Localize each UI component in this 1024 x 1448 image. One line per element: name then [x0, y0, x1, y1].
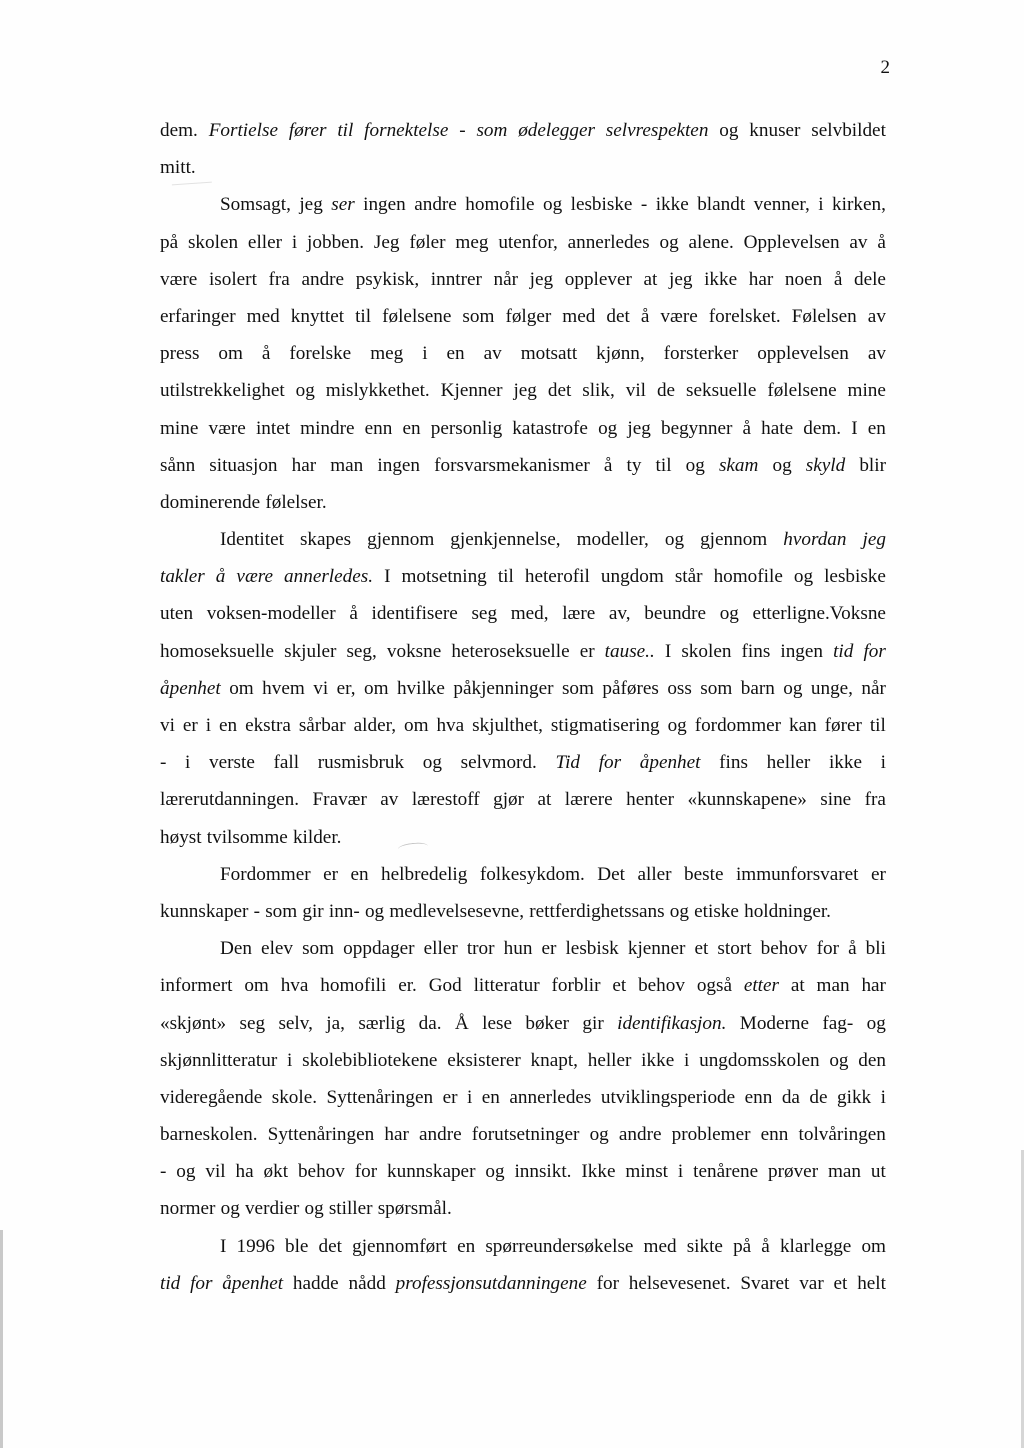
- word: vil: [626, 378, 646, 404]
- word: og: [296, 378, 315, 404]
- word: i: [422, 341, 427, 367]
- word: i: [881, 750, 886, 776]
- word: og: [659, 230, 678, 256]
- text-line: «skjønt»segselv,ja,særligda.Ålesebøkergi…: [160, 1011, 886, 1048]
- word: med: [644, 1234, 677, 1260]
- italic-word: selvrespekten: [606, 118, 709, 144]
- word: fins: [742, 639, 771, 665]
- word: er: [323, 862, 338, 888]
- italic-word: være: [236, 564, 273, 590]
- text-line: kunnskaper-somgirinn-ogmedlevelsesevne,r…: [160, 899, 886, 936]
- word: og: [423, 750, 442, 776]
- word: Fravær: [313, 787, 367, 813]
- word: jobben.: [307, 230, 364, 256]
- word: gjenkjennelse,: [450, 527, 560, 553]
- word: en: [219, 713, 237, 739]
- text-line: informertomhvahomofilier.Godlitteraturfo…: [160, 973, 886, 1010]
- word: «kunnskapene»: [687, 787, 806, 813]
- word: og: [794, 564, 813, 590]
- word: rettferdighetssans: [529, 899, 664, 925]
- word: ingen: [377, 453, 420, 479]
- word: stigmatisering: [551, 713, 660, 739]
- word: jeg: [669, 267, 692, 293]
- word: ekstra: [245, 713, 291, 739]
- word: dem.: [803, 416, 841, 442]
- word: slik,: [582, 378, 615, 404]
- word: ble: [285, 1234, 308, 1260]
- word: sikte: [687, 1234, 723, 1260]
- word: mine: [848, 378, 886, 404]
- word: å: [349, 601, 358, 627]
- text-line: mineværeintetmindreennenpersonligkatastr…: [160, 416, 886, 453]
- word: om: [229, 676, 254, 702]
- text-line: sånnsituasjonharmaningenforsvarsmekanism…: [160, 453, 886, 490]
- word: med,: [511, 601, 549, 627]
- word: behov: [298, 1159, 345, 1185]
- word: og: [670, 899, 689, 925]
- word: en: [482, 1085, 500, 1111]
- word: er: [443, 1085, 458, 1111]
- word: gjennomført: [352, 1234, 447, 1260]
- italic-word: Tid: [555, 750, 580, 776]
- word: av: [868, 304, 886, 330]
- italic-word: etter: [744, 973, 779, 999]
- word: for: [355, 1159, 377, 1185]
- word: andre: [414, 192, 457, 218]
- word: heteroseksuelle: [451, 639, 569, 665]
- word: og: [668, 713, 687, 739]
- word: etiske: [694, 899, 739, 925]
- word: ingen: [780, 639, 823, 665]
- word: voksen-modeller: [207, 601, 336, 627]
- document-body: dem.Fortielseførertilfornektelse-somødel…: [160, 118, 886, 1308]
- word: i: [818, 192, 823, 218]
- word: som: [265, 899, 297, 925]
- word: eller: [248, 230, 282, 256]
- word: ha: [236, 1159, 254, 1185]
- word: heller: [588, 1048, 632, 1074]
- italic-word: til: [337, 118, 353, 144]
- word: ikke: [829, 750, 862, 776]
- word: påføres: [602, 676, 658, 702]
- word: Identitet: [220, 527, 284, 553]
- word: er.: [398, 973, 417, 999]
- word: seksuelle: [686, 378, 756, 404]
- word: tvilsomme: [207, 825, 288, 851]
- word: skolen: [681, 639, 731, 665]
- word: beste: [684, 862, 723, 888]
- word: Fordommer: [220, 862, 311, 888]
- word: voksne: [387, 639, 441, 665]
- word: å: [604, 453, 613, 479]
- word: vi: [313, 676, 328, 702]
- word: har: [749, 267, 774, 293]
- text-line: utenvoksen-modelleråidentifiseresegmed,l…: [160, 601, 886, 638]
- word: knapt,: [531, 1048, 578, 1074]
- word: de: [809, 1085, 827, 1111]
- word: motsetning: [402, 564, 487, 590]
- word: å: [877, 230, 886, 256]
- word: tror: [467, 936, 495, 962]
- word: jeg: [627, 416, 650, 442]
- word: og: [719, 118, 738, 144]
- word: det: [319, 1234, 342, 1260]
- word: isolert: [209, 267, 257, 293]
- word: blandt: [697, 192, 745, 218]
- word: Opplevelsen: [744, 230, 840, 256]
- word: om: [404, 713, 429, 739]
- word: homofile: [465, 192, 534, 218]
- word: en: [457, 1234, 475, 1260]
- word: mitt.: [160, 155, 196, 181]
- word: meg: [455, 230, 488, 256]
- word: situasjon: [209, 453, 277, 479]
- word: har: [861, 973, 886, 999]
- word: utviklingsperiode: [601, 1085, 735, 1111]
- word: om: [218, 341, 243, 367]
- italic-word: annerledes.: [284, 564, 373, 590]
- word: ingen: [363, 192, 406, 218]
- text-line: lærerutdanningen.Fraværavlærestoffgjørat…: [160, 787, 886, 824]
- italic-word: skyld: [806, 453, 845, 479]
- italic-word: for: [599, 750, 621, 776]
- word: elev: [261, 936, 293, 962]
- word: fag-: [822, 1011, 853, 1037]
- word: annerledes: [509, 1085, 591, 1111]
- word: homoseksuelle: [160, 639, 274, 665]
- word: ty: [626, 453, 641, 479]
- word: skole.: [272, 1085, 317, 1111]
- word: inn-: [329, 899, 360, 925]
- word: press: [160, 341, 199, 367]
- text-line: dem.Fortielseførertilfornektelse-somødel…: [160, 118, 886, 155]
- word: av: [484, 341, 502, 367]
- word: kan: [789, 713, 817, 739]
- word: i: [185, 750, 190, 776]
- word: i: [467, 1085, 472, 1111]
- word: andre: [419, 1122, 462, 1148]
- word: forutsetninger: [472, 1122, 580, 1148]
- word: normer: [160, 1196, 215, 1222]
- word: som: [700, 676, 732, 702]
- scan-edge-left: [0, 1230, 3, 1448]
- italic-word: skam: [719, 453, 758, 479]
- word: mindre: [300, 416, 354, 442]
- word: oss: [667, 676, 692, 702]
- word: unge,: [811, 676, 853, 702]
- word: i: [881, 1085, 886, 1111]
- word: som: [302, 936, 334, 962]
- word: -: [160, 750, 166, 776]
- word: er: [541, 936, 556, 962]
- word: og: [221, 1196, 240, 1222]
- word: seg: [471, 601, 497, 627]
- italic-word: åpenhet: [640, 750, 701, 776]
- word: fra: [269, 267, 290, 293]
- word: som: [462, 304, 494, 330]
- word: litteratur: [474, 973, 540, 999]
- word: skapes: [300, 527, 351, 553]
- text-line: Identitetskapesgjennomgjenkjennelse,mode…: [160, 527, 886, 564]
- word: kunnskaper: [160, 899, 248, 925]
- word: å: [641, 304, 650, 330]
- word: skolebibliotekene: [302, 1048, 437, 1074]
- word: dele: [854, 267, 886, 293]
- word: Somsagt,: [220, 192, 291, 218]
- word: Ikke: [581, 1159, 615, 1185]
- word: har: [292, 453, 317, 479]
- word: sånn: [160, 453, 195, 479]
- text-line: mitt.: [160, 155, 886, 192]
- word: følger: [505, 304, 551, 330]
- text-line: høysttvilsommekilder.: [160, 825, 886, 862]
- word: modeller,: [577, 527, 649, 553]
- text-line: dominerendefølelser.: [160, 490, 886, 527]
- word: skjønnlitteratur: [160, 1048, 277, 1074]
- italic-word: fører: [289, 118, 327, 144]
- word: kirken,: [832, 192, 886, 218]
- word: at: [537, 787, 551, 813]
- italic-word: for: [863, 639, 885, 665]
- word: Kjenner: [441, 378, 503, 404]
- word: på: [160, 230, 178, 256]
- word: påkjenninger: [453, 676, 553, 702]
- word: opplever: [565, 267, 632, 293]
- word: I: [851, 416, 857, 442]
- word: -: [641, 192, 647, 218]
- word: lesbiske: [571, 192, 633, 218]
- word: man: [817, 973, 850, 999]
- word: forelske: [289, 341, 351, 367]
- word: forsterker: [664, 341, 739, 367]
- word: mislykkethet.: [326, 378, 430, 404]
- word: hvem: [262, 676, 305, 702]
- word: hadde: [293, 1271, 339, 1297]
- word: andre: [301, 267, 344, 293]
- word: et: [834, 1271, 848, 1297]
- text-line: -ogvilhaøktbehovforkunnskaperoginnsikt.I…: [160, 1159, 886, 1196]
- word: tenårene: [693, 1159, 758, 1185]
- italic-word: tause..: [605, 639, 655, 665]
- word: etterligne.Voksne: [753, 601, 886, 627]
- italic-word: jeg: [863, 527, 886, 553]
- word: dominerende: [160, 490, 260, 516]
- word: var: [799, 1271, 824, 1297]
- word: psykisk,: [356, 267, 419, 293]
- word: lærerutdanningen.: [160, 787, 299, 813]
- word: Den: [220, 936, 252, 962]
- word: fordommer: [695, 713, 781, 739]
- word: en: [868, 416, 886, 442]
- word: spørsmål.: [378, 1196, 452, 1222]
- word: står: [675, 564, 703, 590]
- word: kjenner: [628, 936, 686, 962]
- word: alene.: [689, 230, 734, 256]
- word: personlig: [431, 416, 502, 442]
- word: medlevelsesevne,: [389, 899, 524, 925]
- text-line: Somsagt,jegseringenandrehomofileoglesbis…: [160, 192, 886, 229]
- word: ut: [871, 1159, 886, 1185]
- word: helbredelig: [381, 862, 467, 888]
- word: gir: [582, 1011, 603, 1037]
- word: vi: [160, 713, 175, 739]
- word: selvbildet: [811, 118, 886, 144]
- scanned-document-page: 2 dem.Fortielseførertilfornektelse-somød…: [0, 0, 1024, 1448]
- italic-word: tid: [833, 639, 853, 665]
- word: med: [562, 304, 595, 330]
- word: beundre: [644, 601, 706, 627]
- word: minst: [625, 1159, 668, 1185]
- word: jeg: [530, 267, 553, 293]
- word: en: [403, 416, 421, 442]
- word: og: [665, 527, 684, 553]
- word: og: [365, 899, 384, 925]
- word: dem.: [160, 118, 198, 144]
- italic-word: hvordan: [783, 527, 846, 553]
- word: identifisere: [372, 601, 458, 627]
- text-line: Fordommererenhelbredeligfolkesykdom.Deta…: [160, 862, 886, 899]
- word: katastrofe: [512, 416, 588, 442]
- word: også: [697, 973, 732, 999]
- word: og: [783, 676, 802, 702]
- word: stiller: [329, 1196, 373, 1222]
- word: knyttet: [291, 304, 344, 330]
- word: og: [772, 453, 791, 479]
- word: kjønn,: [596, 341, 645, 367]
- word: intet: [256, 416, 290, 442]
- word: Å: [455, 1011, 469, 1037]
- word: da: [782, 1085, 800, 1111]
- word: stort: [717, 936, 751, 962]
- word: seg: [239, 1011, 265, 1037]
- text-line: tidforåpenhethaddenåddprofessjonsutdanni…: [160, 1271, 886, 1308]
- word: om: [364, 676, 389, 702]
- word: skjulthet,: [472, 713, 543, 739]
- word: av: [380, 787, 398, 813]
- word: forblir: [551, 973, 600, 999]
- word: jeg: [299, 192, 322, 218]
- word: motsatt: [521, 341, 578, 367]
- word: være: [209, 416, 246, 442]
- italic-word: som: [476, 118, 507, 144]
- word: i: [292, 230, 297, 256]
- word: I: [384, 564, 390, 590]
- word: barneskolen.: [160, 1122, 258, 1148]
- word: at: [644, 267, 658, 293]
- word: God: [429, 973, 462, 999]
- word: å: [262, 341, 271, 367]
- word: I: [220, 1234, 226, 1260]
- word: skolen: [188, 230, 238, 256]
- word: i: [684, 1048, 689, 1074]
- word: Følelsen: [792, 304, 857, 330]
- word: da.: [419, 1011, 442, 1037]
- word: jeg: [513, 378, 536, 404]
- word: vil: [205, 1159, 225, 1185]
- word: selv,: [278, 1011, 312, 1037]
- word: I: [665, 639, 671, 665]
- word: ikke: [704, 267, 737, 293]
- word: selvmord.: [461, 750, 537, 776]
- word: bli: [866, 936, 886, 962]
- text-line: -iverstefallrusmisbrukogselvmord.Tidforå…: [160, 750, 886, 787]
- word: Syttenåringen: [327, 1085, 434, 1111]
- word: Svaret: [740, 1271, 789, 1297]
- text-line: homoseksuelleskjulerseg,voksneheteroseks…: [160, 639, 886, 676]
- word: erfaringer: [160, 304, 236, 330]
- italic-word: åpenhet: [222, 1271, 283, 1297]
- word: rusmisbruk: [318, 750, 404, 776]
- word: -: [160, 1159, 166, 1185]
- word: eller: [424, 936, 458, 962]
- word: noen: [785, 267, 822, 293]
- word: knuser: [749, 118, 800, 144]
- word: er: [580, 639, 595, 665]
- word: mine: [160, 416, 198, 442]
- italic-word: Fortielse: [209, 118, 278, 144]
- word: immunforsvaret: [736, 862, 859, 888]
- word: opplevelsen: [757, 341, 849, 367]
- word: for: [597, 1271, 619, 1297]
- word: ungdom: [601, 564, 664, 590]
- word: og: [829, 1048, 848, 1074]
- word: gikk: [837, 1085, 871, 1111]
- word: meg: [370, 341, 403, 367]
- text-line: erfaringermedknyttettilfølelsenesomfølge…: [160, 304, 886, 341]
- word: skjuler: [284, 639, 336, 665]
- word: Jeg: [374, 230, 400, 256]
- word: sine: [820, 787, 851, 813]
- word: være: [660, 304, 697, 330]
- word: verste: [209, 750, 255, 776]
- word: fall: [274, 750, 300, 776]
- word: spørreundersøkelse: [485, 1234, 633, 1260]
- word: begynner: [661, 416, 732, 442]
- word: gir: [302, 899, 323, 925]
- word: homofili: [320, 973, 386, 999]
- text-line: åpenhetomhvemvier,omhvilkepåkjenningerso…: [160, 676, 886, 713]
- word: en: [350, 862, 368, 888]
- word: de: [657, 378, 675, 404]
- word: enn: [761, 1122, 789, 1148]
- word: blir: [859, 453, 886, 479]
- text-line: takleråværeannerledes.Imotsetningtilhete…: [160, 564, 886, 601]
- word: det: [548, 378, 571, 404]
- word: uten: [160, 601, 193, 627]
- word: innsikt.: [514, 1159, 571, 1185]
- word: og: [867, 1011, 886, 1037]
- word: utilstrekkelighet: [160, 378, 285, 404]
- word: homofile: [714, 564, 783, 590]
- word: og: [590, 1122, 609, 1148]
- word: å: [743, 416, 752, 442]
- italic-word: for: [190, 1271, 212, 1297]
- word: heterofil: [525, 564, 590, 590]
- text-line: vierienekstrasårbaralder,omhvaskjulthet,…: [160, 713, 886, 750]
- italic-word: ser: [331, 192, 354, 218]
- word: sårbar: [299, 713, 346, 739]
- italic-word: identifikasjon.: [617, 1011, 726, 1037]
- italic-word: å: [216, 564, 226, 590]
- text-line: barneskolen.Syttenåringenharandreforutse…: [160, 1122, 886, 1159]
- word: fra: [865, 787, 886, 813]
- word: og: [720, 601, 739, 627]
- italic-word: ødelegger: [518, 118, 595, 144]
- word: 1996: [237, 1234, 275, 1260]
- word: og: [543, 192, 562, 218]
- word: lesbisk: [565, 936, 618, 962]
- text-line: utilstrekkelighetogmislykkethet.Kjennerj…: [160, 378, 886, 415]
